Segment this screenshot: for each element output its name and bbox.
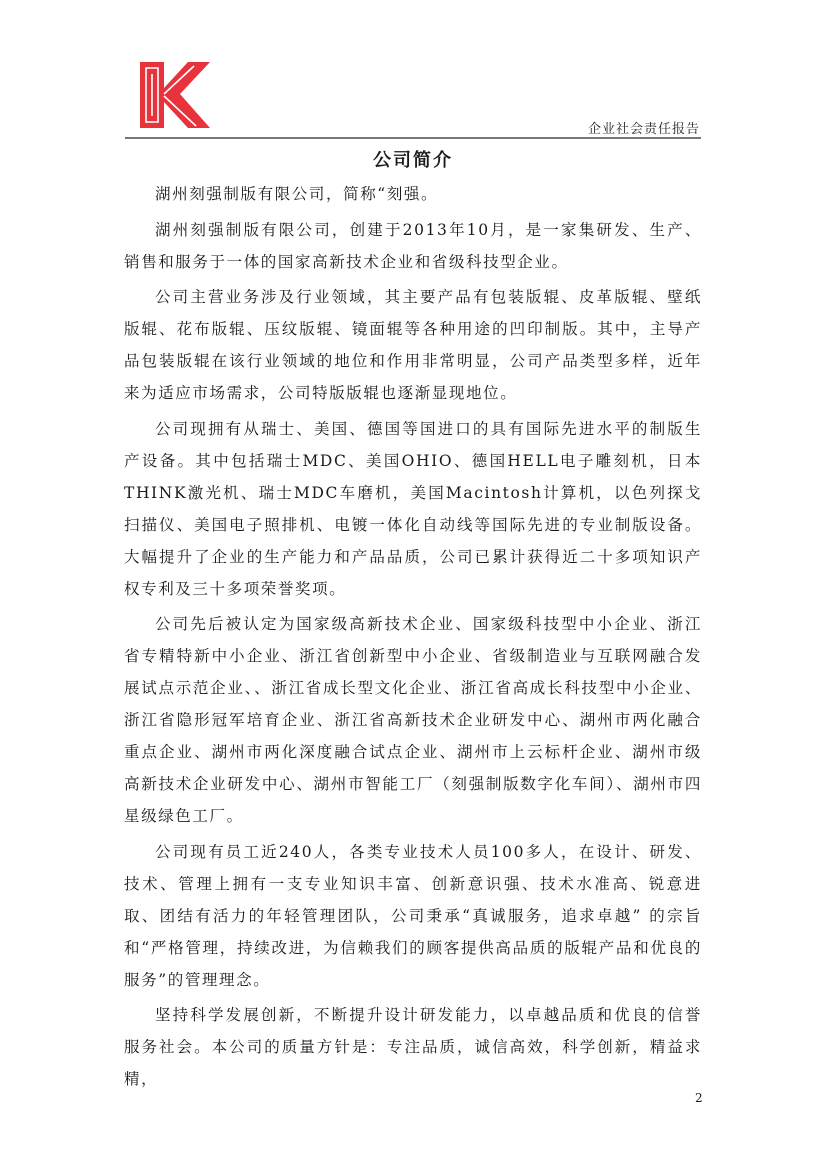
page-title: 公司简介 [0, 146, 826, 172]
paragraph-2: 湖州刻强制版有限公司，创建于2013年10月，是一家集研发、生产、销售和服务于一… [124, 214, 702, 278]
paragraph-1: 湖州刻强制版有限公司，简称“刻强。 [124, 178, 702, 210]
company-logo-icon [138, 58, 212, 132]
document-body: 湖州刻强制版有限公司，简称“刻强。 湖州刻强制版有限公司，创建于2013年10月… [124, 178, 702, 1099]
page-number: 2 [695, 1091, 703, 1105]
header-divider [125, 137, 701, 139]
paragraph-4: 公司现拥有从瑞士、美国、德国等国进口的具有国际先进水平的制版生产设备。其中包括瑞… [124, 413, 702, 605]
paragraph-5: 公司先后被认定为国家级高新技术企业、国家级科技型中小企业、浙江省专精特新中小企业… [124, 608, 702, 832]
paragraph-3: 公司主营业务涉及行业领域，其主要产品有包装版辊、皮革版辊、壁纸版辊、花布版辊、压… [124, 281, 702, 409]
header-title: 企业社会责任报告 [588, 118, 700, 137]
paragraph-7: 坚持科学发展创新，不断提升设计研发能力，以卓越品质和优良的信誉服务社会。本公司的… [124, 999, 702, 1095]
paragraph-6: 公司现有员工近240人，各类专业技术人员100多人，在设计、研发、技术、管理上拥… [124, 836, 702, 996]
